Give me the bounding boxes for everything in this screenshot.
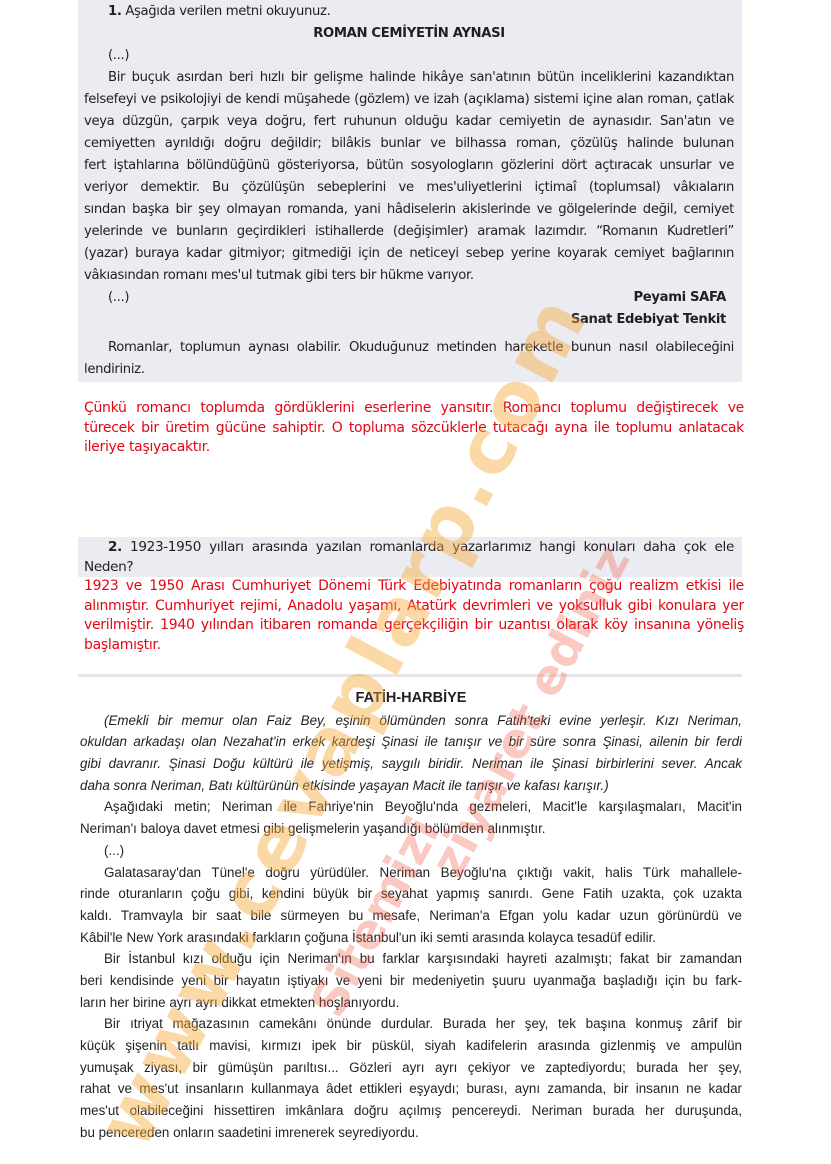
question-2-answer: 1923 ve 1950 Arası Cumhuriyet Dönemi Tür… <box>84 577 744 655</box>
paragraph-line: yelerinde ve bunların geçirdikleri istih… <box>84 221 734 243</box>
ellipsis-end: (...) <box>84 287 129 309</box>
story-line: mes'ut olabileceğini hissettiren imkânla… <box>80 1100 742 1122</box>
story-line: Galatasaray'dan Tünel'e doğru yürüdüler.… <box>80 862 742 884</box>
section-divider <box>78 674 742 677</box>
answer-line: alınmıştır. Cumhuriyet rejimi, Anadolu y… <box>84 597 744 617</box>
paragraph-line: fert iştahlarına bölündüğünü gösteriyors… <box>84 155 734 177</box>
reading-paragraphs: Galatasaray'dan Tünel'e doğru yürüdüler.… <box>80 862 742 1144</box>
paragraph-line: veriyor demektir. Bu çözülüşün sebepleri… <box>84 177 734 199</box>
story-line: kaldı. Tramvayla bir saat bile sürmeyen … <box>80 905 742 927</box>
reading-context: Aşağıdaki metin; Neriman ile Fahriye'nin… <box>80 796 742 839</box>
story-paragraph: Bir İstanbul kızı olduğu için Neriman'ın… <box>80 948 742 1013</box>
answer-line: verilmiştir. 1940 yılından itibaren roma… <box>84 616 744 636</box>
question-1-prompt: Aşağıda verilen metni okuyunuz. <box>125 4 330 19</box>
story-line: ların her birine ayrı ayrı dikkat etmekt… <box>80 992 742 1014</box>
answer-line: Çünkü romancı toplumda gördüklerini eser… <box>84 399 744 419</box>
author-name: Peyami SAFA <box>633 287 726 309</box>
question-1: 1. Aşağıda verilen metni okuyunuz. ROMAN… <box>84 1 734 381</box>
question-1-number: 1. <box>108 4 122 19</box>
intro-line: daha sonra Neriman, Batı kültürünün etki… <box>80 775 742 797</box>
story-line: rahat ve mes'ut insanların kullanmaya âd… <box>80 1078 742 1100</box>
question-2-line: Neden? <box>84 557 734 577</box>
paragraph-line: veya düzgün, çarpık veya doğru, fert ruh… <box>84 111 734 133</box>
source-title: Sanat Edebiyat Tenkit <box>84 309 734 331</box>
paragraph-line: vâkıasından romanı mes'ul tutmak gibi te… <box>84 265 734 287</box>
story-line: bu pencereden onların saadetini imrenere… <box>80 1122 742 1144</box>
story-line: Kâbil'le New York arasındaki farkların ç… <box>80 927 742 949</box>
story-line: beri kendisinde yeni bir hayatın iştiyak… <box>80 970 742 992</box>
article-title: ROMAN CEMİYETİN AYNASI <box>84 23 734 45</box>
question-2-number: 2. <box>108 539 122 555</box>
answer-line: türecek bir üretim gücüne sahiptir. O to… <box>84 419 744 439</box>
story-line: Bir ıtriyat mağazasının camekânı önünde … <box>80 1013 742 1035</box>
question-2-line: 2. 1923-1950 yılları arasında yazılan ro… <box>84 537 734 557</box>
ellipsis-start: (...) <box>84 45 734 67</box>
paragraph-line: sından başka bir şey olmayan romanda, ya… <box>84 199 734 221</box>
story-paragraph: Galatasaray'dan Tünel'e doğru yürüdüler.… <box>80 862 742 949</box>
question-1-prompt-line: 1. Aşağıda verilen metni okuyunuz. <box>84 1 734 23</box>
context-line: Aşağıdaki metin; Neriman ile Fahriye'nin… <box>80 796 742 818</box>
question-2-text: 1923-1950 yılları arasında yazılan roman… <box>108 539 734 557</box>
reading-section: FATİH-HARBİYE (Emekli bir memur olan Fai… <box>80 688 742 1143</box>
question-1-text: Romanlar, toplumun aynası olabilir. Okud… <box>84 337 734 381</box>
article-paragraph: Bir buçuk asırdan beri hızlı bir gelişme… <box>84 67 734 287</box>
answer-line: başlamıştır. <box>84 636 744 656</box>
question-2: 2. 1923-1950 yılları arasında yazılan ro… <box>84 537 734 577</box>
paragraph-line: cemiyetten ayrıldığı doğru değildir; bil… <box>84 133 734 155</box>
answer-line: 1923 ve 1950 Arası Cumhuriyet Dönemi Tür… <box>84 577 744 597</box>
context-line: Neriman'ı baloya davet etmesi gibi geliş… <box>80 818 742 840</box>
signature-row: (...) Peyami SAFA <box>84 287 734 309</box>
story-line: Bir İstanbul kızı olduğu için Neriman'ın… <box>80 948 742 970</box>
intro-line: okuldan arkadaşı olan Nezahat'in erkek k… <box>80 731 742 753</box>
question-line: lendiriniz. <box>84 359 734 381</box>
intro-line: gibi davranır. Şinasi Doğu kültürü ile y… <box>80 753 742 775</box>
story-line: küçük şişenin tatlı mavisi, kırmızı ipek… <box>80 1035 742 1057</box>
paragraph-line: (yazar) buraya kadar gitmiyor; gitmediği… <box>84 243 734 265</box>
answer-line: ileriye taşıyacaktır. <box>84 438 744 458</box>
reading-ellipsis: (...) <box>80 840 742 862</box>
paragraph-line: Bir buçuk asırdan beri hızlı bir gelişme… <box>84 67 734 89</box>
intro-line: (Emekli bir memur olan Faiz Bey, eşinin … <box>80 710 742 732</box>
reading-title: FATİH-HARBİYE <box>80 688 742 710</box>
story-line: rinde oturanların çoğu gibi, kendini büy… <box>80 883 742 905</box>
story-line: yumuşak ziyası, bir gümüşün parıltısı...… <box>80 1057 742 1079</box>
question-line: Romanlar, toplumun aynası olabilir. Okud… <box>84 337 734 359</box>
paragraph-line: felsefeyi ve psikolojiyi de kendi müşahe… <box>84 89 734 111</box>
reading-intro: (Emekli bir memur olan Faiz Bey, eşinin … <box>80 710 742 797</box>
story-paragraph: Bir ıtriyat mağazasının camekânı önünde … <box>80 1013 742 1143</box>
question-1-answer: Çünkü romancı toplumda gördüklerini eser… <box>84 399 744 458</box>
